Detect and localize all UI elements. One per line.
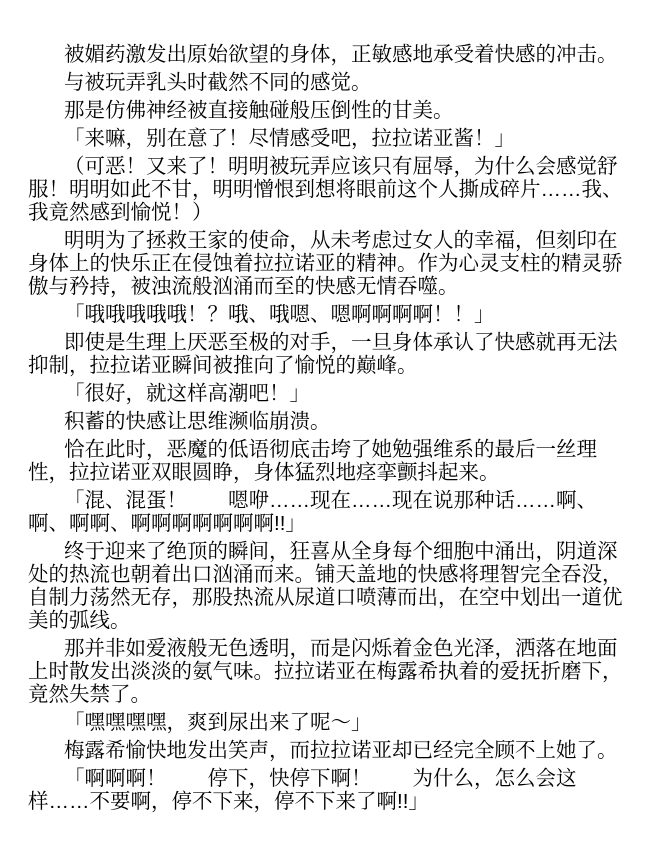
paragraph: 梅露希愉快地发出笑声，而拉拉诺亚却已经完全顾不上她了。 [28,739,636,762]
paragraph-dialogue: 「嘿嘿嘿嘿，爽到尿出来了呢～」 [28,711,636,734]
paragraph: 与被玩弄乳头时截然不同的感觉。 [28,71,636,94]
paragraph-inner-monologue: （可恶！又来了！明明被玩弄应该只有屈辱，为什么会感觉舒服！明明如此不甘，明明憎恨… [28,155,636,224]
paragraph-dialogue: 「很好，就这样高潮吧！」 [28,382,636,405]
paragraph: 恰在此时，恶魔的低语彻底击垮了她勉强维系的最后一丝理性，拉拉诺亚双眼圆睁，身体猛… [28,438,636,484]
paragraph-dialogue: 「来嘛，别在意了！尽情感受吧，拉拉诺亚酱！」 [28,127,636,150]
paragraph-dialogue: 「啊啊啊！ 停下，快停下啊！ 为什么，怎么会这样……不要啊，停不下来，停不下来了… [28,767,636,813]
paragraph: 那是仿佛神经被直接触碰般压倒性的甘美。 [28,99,636,122]
paragraph: 终于迎来了绝顶的瞬间，狂喜从全身每个细胞中涌出，阴道深处的热流也朝着出口汹涌而来… [28,540,636,632]
paragraph: 那并非如爱液般无色透明，而是闪烁着金色光泽，洒落在地面上时散发出淡淡的氨气味。拉… [28,637,636,706]
paragraph: 即使是生理上厌恶至极的对手，一旦身体承认了快感就再无法抑制，拉拉诺亚瞬间被推向了… [28,331,636,377]
paragraph: 明明为了拯救王家的使命，从未考虑过女人的幸福，但刻印在身体上的快乐正在侵蚀着拉拉… [28,229,636,298]
novel-text-page: 被媚药激发出原始欲望的身体，正敏感地承受着快感的冲击。 与被玩弄乳头时截然不同的… [0,0,650,850]
paragraph: 被媚药激发出原始欲望的身体，正敏感地承受着快感的冲击。 [28,43,636,66]
paragraph: 积蓄的快感让思维濒临崩溃。 [28,410,636,433]
paragraph-dialogue: 「哦哦哦哦哦！？哦、哦嗯、嗯啊啊啊啊！！」 [28,303,636,326]
paragraph-dialogue: 「混、混蛋！ 嗯咿……现在……现在说那种话……啊、啊、啊啊、啊啊啊啊啊啊啊!!」 [28,489,636,535]
